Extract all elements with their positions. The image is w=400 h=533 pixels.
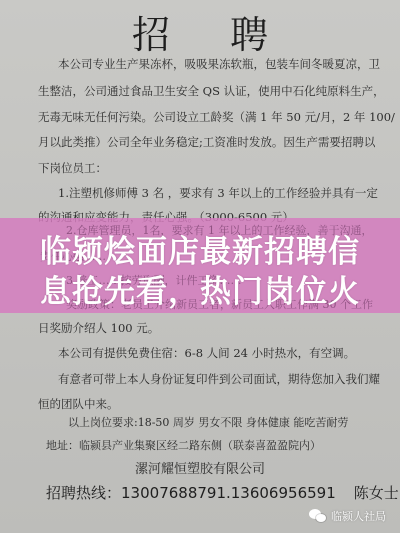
poster-line: 生整洁，公司通过食品卫生安全 QS 认证，使用中石化纯原料生产， bbox=[38, 83, 385, 99]
hotline: 招聘热线：13007688791.13606956591陈女士 bbox=[46, 482, 399, 503]
poster-line: 有意者可带上本人身份证复印件到公司面试，期待您加入我们耀 bbox=[58, 371, 380, 387]
hotline-label: 招聘热线： bbox=[46, 484, 121, 502]
source-watermark: 临颍人社局 bbox=[309, 508, 386, 524]
headline-line-1: 临颍烩面店最新招聘信 bbox=[0, 226, 400, 271]
contact-person: 陈女士 bbox=[354, 484, 399, 502]
headline-line-2: 息抢先看，热门岗位火 bbox=[0, 266, 400, 311]
poster-line: 无毒无味无任何污染。公司设立工龄奖（满 1 年 50 元/月，2 年 100/ bbox=[38, 109, 395, 125]
poster-line: 本公司专业生产果冻杯，吸吸果冻软瓶，包装车间冬暖夏凉，卫 bbox=[58, 56, 380, 72]
poster-line: 1.注塑机修师傅 3 名 ，要求有 3 年以上的工作经验并具有一定 bbox=[58, 185, 378, 201]
poster-line: 日奖励介绍人 100 元。 bbox=[38, 320, 159, 336]
poster-line: 下岗位员工： bbox=[38, 160, 107, 176]
hotline-numbers: 13007688791.13606956591 bbox=[121, 484, 336, 502]
address: 地址：临颍县产业集聚区经二路东侧（联泰喜盈盈院内） bbox=[46, 437, 321, 453]
poster-line: 本公司有提供免费住宿：6-8 人间 24 小时热水，有空调。 bbox=[58, 345, 355, 361]
wechat-icon bbox=[309, 509, 327, 523]
company-name: 漯河耀恒塑胶有限公司 bbox=[0, 458, 400, 477]
poster-title: 招聘 bbox=[0, 4, 400, 59]
poster-line: 恒的团队中来。 bbox=[38, 396, 119, 412]
watermark-text: 临颍人社局 bbox=[331, 508, 386, 524]
job-requirements: 以上岗位要求:18-50 周岁 男女不限 身体健康 能吃苦耐劳 bbox=[68, 414, 348, 430]
headline-banner: 2.仓库管理员，1名，要求有 1 年以上的工作经验，善于沟通， 责任心强…… 3… bbox=[0, 218, 400, 313]
poster-line: 月以此类推）公司全年业务稳定;工资准时发放。因生产需要招聘以 bbox=[38, 134, 375, 150]
